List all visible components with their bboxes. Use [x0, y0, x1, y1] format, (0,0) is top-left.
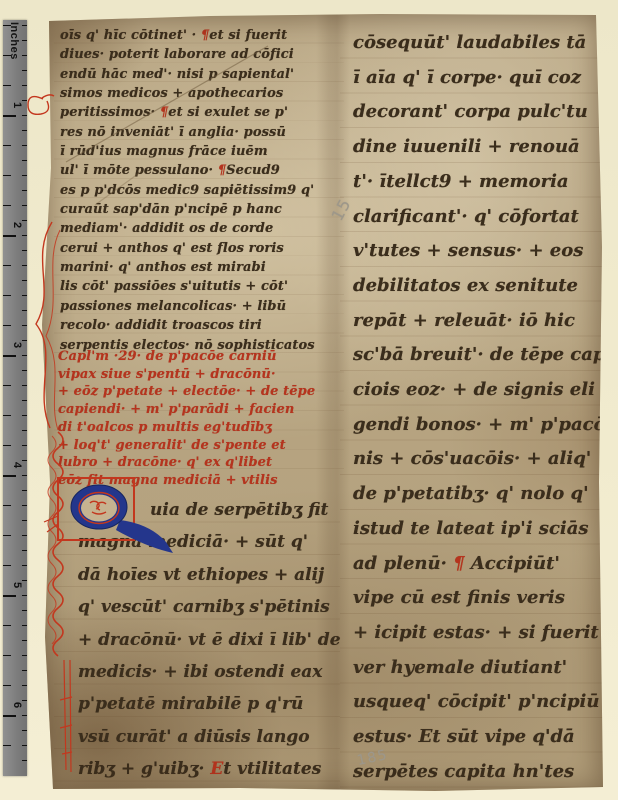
manuscript-page: oīs q' hīc cōtinet' · ¶et si fueritdiues…: [40, 12, 604, 794]
ruler-tick: [22, 490, 27, 491]
ruler-tick: [22, 370, 27, 371]
manuscript-line: cerui + anthos q' est flos roris: [60, 239, 336, 258]
manuscript-line: clarificant'· q' cōfortat: [353, 200, 609, 235]
ruler-tick: [3, 715, 16, 717]
ruler-tick: [22, 430, 27, 431]
ruler-tick: [3, 595, 16, 597]
ruler-inch-number: 1: [11, 99, 23, 111]
ruler-tick: [3, 685, 11, 686]
manuscript-line: recolo· addidit troascos tiri: [60, 316, 336, 335]
ruler-tick: [22, 85, 27, 86]
ruler-tick: [3, 145, 11, 146]
ruler-tick: [22, 550, 27, 551]
ruler-tick: [22, 475, 27, 476]
ruler-tick: [3, 205, 11, 206]
manuscript-line: cōsequūt' laudabiles tā: [353, 26, 609, 61]
ruler-inch-number: 4: [11, 459, 23, 471]
manuscript-line: + eōz p'petate + electōe· + de tēpe: [58, 383, 350, 401]
ruler-tick: [22, 190, 27, 191]
ruler-tick: [22, 175, 27, 176]
manuscript-line: vsū curāt' a diūsis lango: [78, 721, 334, 753]
ruler-inch-number: 5: [11, 579, 23, 591]
manuscript-line: passiones melancolicas· + libū: [60, 297, 336, 316]
manuscript-line: uia de serpētibʒ fit: [78, 494, 334, 526]
ruler-tick: [3, 475, 16, 477]
ruler-tick: [22, 655, 27, 656]
manuscript-line: debilitatos ex senitute: [353, 269, 609, 304]
ruler-tick: [22, 325, 27, 326]
manuscript-line: lubro + dracōne· q' ex q'libet: [58, 454, 350, 472]
manuscript-line: magna mediciā· + sūt q': [78, 526, 334, 558]
ruler-tick: [3, 85, 11, 86]
ruler-tick: [3, 295, 11, 296]
manuscript-line: medicis· + ibi ostendi eax: [78, 656, 334, 688]
manuscript-line: peritissimos· ¶et si exulet se p': [60, 103, 336, 122]
ruler-tick: [22, 40, 27, 41]
ruler-tick: [22, 625, 27, 626]
manuscript-line: nis + cōs'uacōis· + aliq': [353, 442, 609, 477]
ruler-tick: [3, 355, 16, 357]
ruler-tick: [3, 55, 11, 56]
ruler-tick: [22, 250, 27, 251]
ruler-tick: [3, 325, 11, 326]
ruler-tick: [22, 730, 27, 731]
ruler-tick: [22, 280, 27, 281]
ruler-tick: [22, 760, 27, 761]
ruler-tick: [22, 25, 27, 26]
manuscript-line: dine iuuenili + renouā: [353, 130, 609, 165]
manuscript-line: gendi bonos· + m' p'pacō: [353, 408, 609, 443]
ruler-tick: [22, 565, 27, 566]
manuscript-line: Capl'm ·29· de p'pacōe carniū: [58, 348, 350, 366]
ruler-tick: [3, 235, 16, 237]
ruler-tick: [22, 385, 27, 386]
ruler-tick: [22, 445, 27, 446]
manuscript-line: di t'oalcos p multis eg'tudībʒ: [58, 419, 350, 437]
ruler-tick: [3, 115, 16, 117]
ruler-tick: [3, 385, 11, 386]
inch-ruler: Inches 123456: [3, 20, 27, 776]
manuscript-line: t'· ītellct9 + memoria: [353, 165, 609, 200]
manuscript-line: mediam'· addidit os de corde: [60, 219, 336, 238]
ruler-tick: [22, 520, 27, 521]
ruler-tick: [3, 655, 11, 656]
ruler-tick: [3, 505, 11, 506]
ruler-tick: [22, 745, 27, 746]
ruler-tick: [22, 115, 27, 116]
manuscript-line: decorant' corpa pulc'tu: [353, 95, 609, 130]
ruler-tick: [22, 640, 27, 641]
ruler-tick: [22, 310, 27, 311]
ruler-tick: [22, 295, 27, 296]
ruler-tick: [22, 235, 27, 236]
ruler-tick: [22, 535, 27, 536]
ruler-tick: [22, 670, 27, 671]
manuscript-line: sc'bā breuit'· de tēpe cap: [353, 338, 609, 373]
ruler-tick: [22, 715, 27, 716]
ruler-inch-number: 3: [11, 339, 23, 351]
manuscript-line: de p'petatibʒ· q' nolo q': [353, 477, 609, 512]
manuscript-line: istud te lateat ip'i sciās: [353, 512, 609, 547]
left-column-main-text: oīs q' hīc cōtinet' · ¶et si fueritdiues…: [60, 26, 336, 355]
ruler-tick: [3, 565, 11, 566]
manuscript-photograph: Inches 123456 oīs q' hīc cōtinet' · ¶et …: [0, 0, 618, 800]
manuscript-line: ī rūd'ius magnus frāce iuēm: [60, 142, 336, 161]
manuscript-line: ad plenū· ¶ Accipiūt': [353, 547, 609, 582]
ruler-tick: [3, 25, 11, 26]
manuscript-line: vipe cū est finis veris: [353, 581, 609, 616]
ruler-tick: [22, 415, 27, 416]
manuscript-line: dā hoīes vt ethiopes + alij: [78, 559, 334, 591]
ruler-inch-number: 2: [11, 219, 23, 231]
ruler-tick: [22, 400, 27, 401]
ruler-tick: [22, 355, 27, 356]
manuscript-line: marini· q' anthos est mirabi: [60, 258, 336, 277]
manuscript-line: oīs q' hīc cōtinet' · ¶et si fuerit: [60, 26, 336, 45]
ruler-tick: [22, 145, 27, 146]
ruler-tick: [22, 595, 27, 596]
ruler-tick: [22, 265, 27, 266]
manuscript-line: + loq't' generalit' de s'pente et: [58, 437, 350, 455]
manuscript-line: es p p'dcōs medic9 sapiētissim9 q': [60, 181, 336, 200]
ruler-tick: [3, 265, 11, 266]
manuscript-line: ciois eoz· + de signis eli: [353, 373, 609, 408]
ruler-tick: [3, 625, 11, 626]
manuscript-line: eōz fit magna mediciā + vtilis: [58, 472, 350, 490]
manuscript-line: usqueq' cōcipit' p'ncipiū: [353, 685, 609, 720]
ruler-tick: [22, 160, 27, 161]
manuscript-line: ribʒ + g'uibʒ· Et vtilitates: [78, 753, 334, 785]
manuscript-line: vipax siue s'pentū + dracōnū·: [58, 366, 350, 384]
ruler-tick: [3, 415, 11, 416]
manuscript-line: ver hyemale diutiant': [353, 651, 609, 686]
manuscript-line: repāt + releuāt· iō hic: [353, 304, 609, 339]
manuscript-line: v'tutes + sensus· + eos: [353, 234, 609, 269]
manuscript-line: simos medicos + apothecarios: [60, 84, 336, 103]
ruler-tick: [3, 445, 11, 446]
ruler-tick: [22, 70, 27, 71]
manuscript-line: q' vescūt' carnibʒ s'pētinis: [78, 591, 334, 623]
manuscript-line: curaūt sap'dān p'ncipē p hanc: [60, 200, 336, 219]
manuscript-line: res nō inveniāt' ī anglia· possū: [60, 123, 336, 142]
manuscript-line: ī aīa q' ī corpe· quī coz: [353, 61, 609, 96]
left-column-lower-text: uia de serpētibʒ fitmagna mediciā· + sūt…: [78, 494, 334, 786]
manuscript-line: capiendi· + m' p'parādi + facien: [58, 401, 350, 419]
ruler-tick: [22, 685, 27, 686]
ruler-tick: [3, 745, 11, 746]
manuscript-line: endū hāc med'· nisi p sapiental': [60, 65, 336, 84]
manuscript-line: diues· poterit laborare ad cōfici: [60, 45, 336, 64]
manuscript-line: serpētes capita hn'tes: [353, 755, 609, 790]
right-column-text: cōsequūt' laudabiles tāī aīa q' ī corpe·…: [353, 26, 609, 789]
manuscript-line: lis cōt' passiōes s'uitutis + cōt': [60, 277, 336, 296]
chapter-rubric: Capl'm ·29· de p'pacōe carniūvipax siue …: [58, 348, 350, 490]
manuscript-line: p'petatē mirabilē p q'rū: [78, 688, 334, 720]
ruler-tick: [22, 205, 27, 206]
manuscript-line: estus· Et sūt vipe q'dā: [353, 720, 609, 755]
ruler-tick: [22, 130, 27, 131]
ruler-tick: [22, 55, 27, 56]
ruler-inch-number: 6: [11, 699, 23, 711]
ruler-tick: [22, 505, 27, 506]
ruler-tick: [3, 535, 11, 536]
manuscript-line: ul' ī mōte pessulano· ¶Secud9: [60, 161, 336, 180]
manuscript-line: + icipit estas· + si fuerit: [353, 616, 609, 651]
manuscript-line: + dracōnū· vt ē dixi ī lib' de: [78, 624, 334, 656]
ruler-tick: [3, 175, 11, 176]
ruler-tick: [22, 610, 27, 611]
